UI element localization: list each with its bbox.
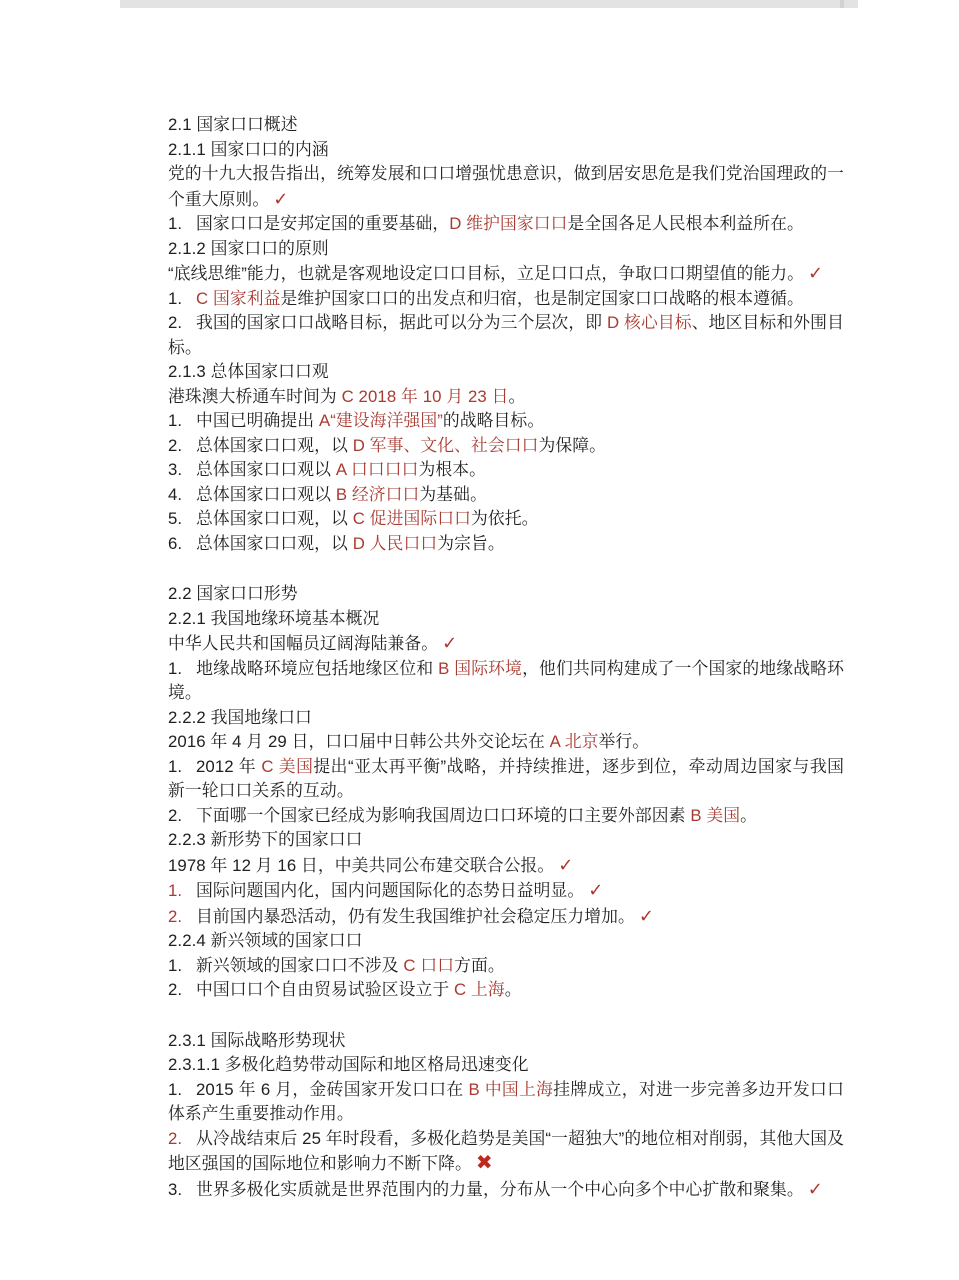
text-run: 目前国内暴恐活动，仍有发生我国维护社会稳定压力增加。 [196, 907, 635, 926]
paragraph: 中华人民共和国幅员辽阔海陆兼备。✓ [168, 631, 844, 657]
text-run: 为依托。 [471, 509, 539, 528]
check-icon: ✓ [808, 263, 823, 283]
text-run: 从冷战结束后 25 年时段看，多极化趋势是美国“一超独大”的地位相对削弱，其他大… [168, 1129, 844, 1174]
text-run: 总体国家口口观，以 [196, 534, 353, 553]
list-item: 3.总体国家口口观以 A 口口口口为根本。 [168, 458, 844, 483]
check-icon: ✓ [558, 855, 573, 875]
text-run: A 口口口口 [336, 460, 419, 479]
section-heading: 2.3.1.1 多极化趋势带动国际和地区格局迅速变化 [168, 1053, 844, 1078]
item-number: 1. [168, 212, 196, 237]
check-icon: ✓ [442, 633, 457, 653]
text-run: A“建设海洋强国” [319, 411, 443, 430]
document-body: 2.1 国家口口概述2.1.1 国家口口的内涵党的十九大报告指出，统筹发展和口口… [168, 113, 844, 1202]
text-run: 总体国家口口观，以 [196, 509, 353, 528]
page-top-edge-notch [840, 0, 844, 8]
text-run: 2.3.1.1 多极化趋势带动国际和地区格局迅速变化 [168, 1055, 529, 1074]
text-run: 1978 年 12 月 16 日，中美共同公布建交联合公报。 [168, 856, 554, 875]
item-number: 4. [168, 483, 196, 508]
paragraph: “底线思维”能力，也就是客观地设定口口目标，立足口口点，争取口口期望值的能力。✓ [168, 261, 844, 287]
text-run: 世界多极化实质就是世界范围内的力量，分布从一个中心向多个中心扩散和聚集。 [196, 1180, 804, 1199]
item-number: 5. [168, 507, 196, 532]
text-run: 总体国家口口观，以 [196, 436, 353, 455]
text-run: B 经济口口 [336, 485, 420, 504]
text-run: 我国的国家口口战略目标，据此可以分为三个层次，即 [196, 313, 607, 332]
item-number: 1. [168, 954, 196, 979]
text-run: 中国口口个自由贸易试验区设立于 [196, 980, 454, 999]
text-run: 。 [505, 980, 522, 999]
text-run: 中华人民共和国幅员辽阔海陆兼备。 [168, 634, 438, 653]
item-number: 2. [168, 1127, 196, 1152]
text-run: 国际问题国内化，国内问题国际化的态势日益明显。 [196, 881, 584, 900]
page: { "page": { "background": "#ffffff", "to… [0, 0, 959, 1280]
text-run: 是全国各足人民根本利益所在。 [568, 214, 804, 233]
paragraph: 1978 年 12 月 16 日，中美共同公布建交联合公报。✓ [168, 853, 844, 879]
list-item: 1.地缘战略环境应包括地缘区位和 B 国际环境，他们共同构建成了一个国家的地缘战… [168, 657, 844, 706]
cross-icon: ✖ [476, 1152, 493, 1174]
text-run: C 口口 [403, 956, 454, 975]
text-run: 地缘战略环境应包括地缘区位和 [196, 659, 438, 678]
text-run: 2.1.3 总体国家口口观 [168, 362, 329, 381]
text-run: 。 [508, 387, 525, 406]
text-run: D 维护国家口口 [449, 214, 567, 233]
list-item: 2.总体国家口口观，以 D 军事、文化、社会口口为保障。 [168, 434, 844, 459]
text-run: 。 [740, 806, 757, 825]
list-item: 1.新兴领域的国家口口不涉及 C 口口方面。 [168, 954, 844, 979]
list-item: 6.总体国家口口观，以 D 人民口口为宗旨。 [168, 532, 844, 557]
section-heading: 2.2.4 新兴领域的国家口口 [168, 929, 844, 954]
item-number: 2. [168, 804, 196, 829]
list-item: 2.从冷战结束后 25 年时段看，多极化趋势是美国“一超独大”的地位相对削弱，其… [168, 1127, 844, 1177]
check-icon: ✓ [808, 1179, 823, 1199]
paragraph: 2016 年 4 月 29 日，口口届中日韩公共外交论坛在 A 北京举行。 [168, 730, 844, 755]
check-icon: ✓ [639, 906, 654, 926]
text-run: B 国际环境 [438, 659, 522, 678]
item-number: 2. [168, 978, 196, 1003]
item-number: 1. [168, 1078, 196, 1103]
section-heading: 2.2.1 我国地缘环境基本概况 [168, 607, 844, 632]
text-run: C 促进国际口口 [353, 509, 471, 528]
text-run: 2.1 国家口口概述 [168, 115, 298, 134]
list-item: 4.总体国家口口观以 B 经济口口为基础。 [168, 483, 844, 508]
text-run: 2.2.2 我国地缘口口 [168, 708, 312, 727]
list-item: 1.C 国家利益是维护国家口口的出发点和归宿，也是制定国家口口战略的根本遵循。 [168, 287, 844, 312]
text-run: 为宗旨。 [437, 534, 505, 553]
check-icon: ✓ [588, 880, 603, 900]
text-run: 总体国家口口观以 [196, 485, 336, 504]
text-run: 中国已明确提出 [196, 411, 319, 430]
text-run: D 人民口口 [353, 534, 438, 553]
text-run: 总体国家口口观以 [196, 460, 336, 479]
text-run: “底线思维”能力，也就是客观地设定口口目标，立足口口点，争取口口期望值的能力。 [168, 264, 804, 283]
text-run: 2.2.3 新形势下的国家口口 [168, 830, 363, 849]
text-run: 为基础。 [419, 485, 487, 504]
list-item: 1.中国已明确提出 A“建设海洋强国”的战略目标。 [168, 409, 844, 434]
item-number: 2. [168, 311, 196, 336]
item-number: 1. [168, 287, 196, 312]
list-item: 1.国际问题国内化，国内问题国际化的态势日益明显。✓ [168, 878, 844, 904]
text-run: 是维护国家口口的出发点和归宿，也是制定国家口口战略的根本遵循。 [281, 289, 804, 308]
text-run: 2015 年 6 月，金砖国家开发口口在 [196, 1080, 469, 1099]
item-number: 1. [168, 879, 196, 904]
list-item: 3.世界多极化实质就是世界范围内的力量，分布从一个中心向多个中心扩散和聚集。✓ [168, 1177, 844, 1203]
text-run: 2.2.4 新兴领域的国家口口 [168, 931, 363, 950]
section-heading: 2.1.2 国家口口的原则 [168, 237, 844, 262]
text-run: 港珠澳大桥通车时间为 [168, 387, 342, 406]
item-number: 3. [168, 1178, 196, 1203]
section-heading: 2.2 国家口口形势 [168, 582, 844, 607]
text-run: 的战略目标。 [443, 411, 544, 430]
text-run: 2.2 国家口口形势 [168, 584, 298, 603]
item-number: 6. [168, 532, 196, 557]
list-item: 2.中国口口个自由贸易试验区设立于 C 上海。 [168, 978, 844, 1003]
text-run: 2012 年 [196, 757, 261, 776]
item-number: 3. [168, 458, 196, 483]
section-heading: 2.1.1 国家口口的内涵 [168, 138, 844, 163]
list-item: 1.2012 年 C 美国提出“亚太再平衡”战略，并持续推进，逐步到位，牵动周边… [168, 755, 844, 804]
text-run: 为根本。 [418, 460, 486, 479]
text-run: A 北京 [550, 732, 599, 751]
text-run: D 核心目标 [607, 313, 692, 332]
item-number: 2. [168, 434, 196, 459]
text-run: C 美国 [261, 757, 313, 776]
section-heading: 2.3.1 国际战略形势现状 [168, 1029, 844, 1054]
text-run: 2.1.1 国家口口的内涵 [168, 140, 329, 159]
list-item: 1.国家口口是安邦定国的重要基础，D 维护国家口口是全国各足人民根本利益所在。 [168, 212, 844, 237]
check-icon: ✓ [273, 189, 288, 209]
text-run: 为保障。 [539, 436, 607, 455]
section-heading: 2.2.2 我国地缘口口 [168, 706, 844, 731]
paragraph: 港珠澳大桥通车时间为 C 2018 年 10 月 23 日。 [168, 385, 844, 410]
text-run: 党的十九大报告指出，统筹发展和口口增强忧患意识，做到居安思危是我们党治国理政的一… [168, 164, 844, 209]
item-number: 2. [168, 905, 196, 930]
list-item: 1.2015 年 6 月，金砖国家开发口口在 B 中国上海挂牌成立，对进一步完善… [168, 1078, 844, 1127]
list-item: 2.下面哪一个国家已经成为影响我国周边口口环境的口主要外部因素 B 美国。 [168, 804, 844, 829]
text-run: B 美国 [690, 806, 740, 825]
text-run: D 军事、文化、社会口口 [353, 436, 539, 455]
text-run: B 中国上海 [469, 1080, 554, 1099]
text-run: 2.2.1 我国地缘环境基本概况 [168, 609, 379, 628]
text-run: C 上海 [454, 980, 505, 999]
text-run: C 2018 年 10 月 23 日 [342, 387, 509, 406]
paragraph: 党的十九大报告指出，统筹发展和口口增强忧患意识，做到居安思危是我们党治国理政的一… [168, 162, 844, 212]
text-run: 国家口口是安邦定国的重要基础， [196, 214, 449, 233]
text-run: 2.1.2 国家口口的原则 [168, 239, 329, 258]
text-run: 举行。 [599, 732, 650, 751]
text-run: C 国家利益 [196, 289, 281, 308]
item-number: 1. [168, 657, 196, 682]
item-number: 1. [168, 755, 196, 780]
text-run: 2.3.1 国际战略形势现状 [168, 1031, 346, 1050]
page-top-edge [120, 0, 858, 8]
section-heading: 2.1.3 总体国家口口观 [168, 360, 844, 385]
section-heading: 2.1 国家口口概述 [168, 113, 844, 138]
list-item: 2.我国的国家口口战略目标，据此可以分为三个层次，即 D 核心目标、地区目标和外… [168, 311, 844, 360]
text-run: 2016 年 4 月 29 日，口口届中日韩公共外交论坛在 [168, 732, 550, 751]
text-run: 下面哪一个国家已经成为影响我国周边口口环境的口主要外部因素 [196, 806, 690, 825]
list-item: 2.目前国内暴恐活动，仍有发生我国维护社会稳定压力增加。✓ [168, 904, 844, 930]
list-item: 5.总体国家口口观，以 C 促进国际口口为依托。 [168, 507, 844, 532]
section-heading: 2.2.3 新形势下的国家口口 [168, 828, 844, 853]
text-run: 方面。 [454, 956, 505, 975]
text-run: 新兴领域的国家口口不涉及 [196, 956, 403, 975]
item-number: 1. [168, 409, 196, 434]
